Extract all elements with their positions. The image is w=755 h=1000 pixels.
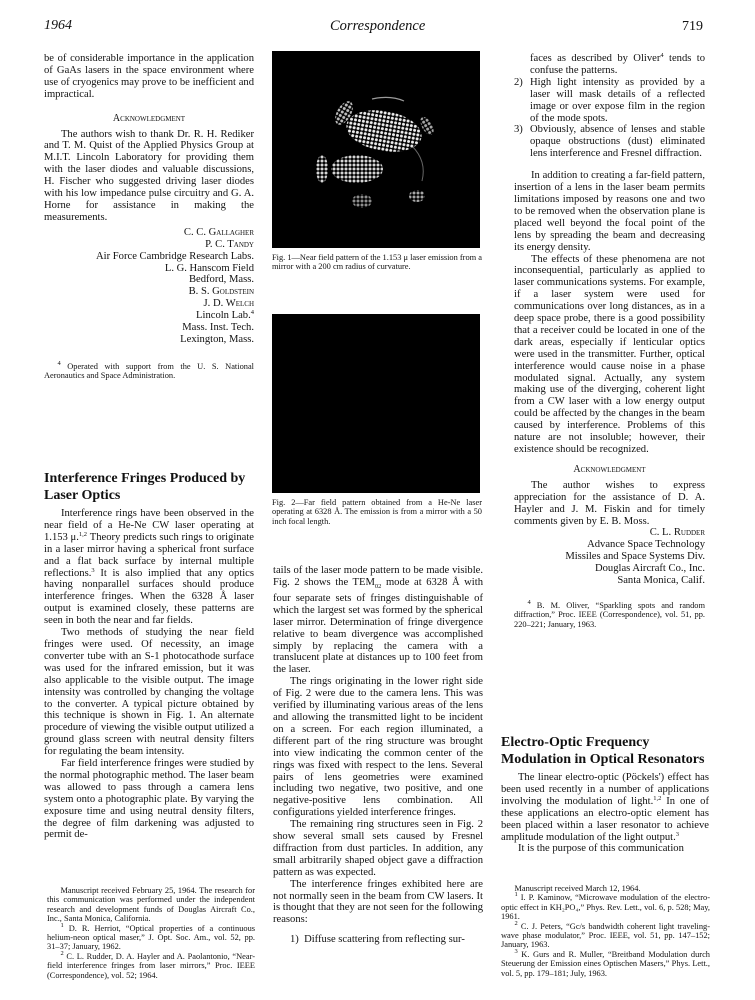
list-item: faces as described by Oliver4 tends to c…: [514, 53, 705, 77]
list-item: 3)Obviously, absence of lenses and stabl…: [514, 124, 705, 160]
paragraph: Interference rings have been observed in…: [44, 508, 254, 627]
author-name: C. C. Gallagher: [44, 227, 254, 239]
right-column: faces as described by Oliver4 tends to c…: [514, 53, 705, 629]
reasons-list: faces as described by Oliver4 tends to c…: [514, 53, 705, 160]
author-name: C. L. Rudder: [514, 527, 705, 539]
paragraph: The rings originating in the lower right…: [273, 676, 483, 819]
affiliation: Lexington, Mass.: [44, 334, 254, 346]
paragraph: Two methods of studying the near field f…: [44, 627, 254, 758]
author-name: B. S. Goldstein: [44, 286, 254, 298]
paragraph: It is the purpose of this communication: [501, 843, 709, 855]
signature-block: C. C. Gallagher P. C. Tandy Air Force Ca…: [44, 227, 254, 346]
figure-2-far-field-image: [272, 314, 480, 493]
header-section: Correspondence: [330, 18, 425, 35]
article-title: Electro-Optic Frequency Modulation in Op…: [501, 734, 709, 768]
near-field-pattern-graphic: [272, 51, 480, 248]
ack-heading: Acknowledgment: [514, 464, 705, 476]
paragraph: The effects of these phenomena are not i…: [514, 254, 705, 456]
footnote: 2 C. L. Rudder, D. A. Hayler and A. Paol…: [47, 952, 255, 980]
footnote: 2 C. J. Peters, “Gc/s bandwidth coherent…: [501, 922, 710, 950]
affiliation: Santa Monica, Calif.: [514, 575, 705, 587]
footnote: 4 Operated with support from the U. S. N…: [44, 362, 254, 381]
footnote: 3 K. Gurs and R. Muller, “Breitband Modu…: [501, 950, 710, 978]
signature-block: C. L. Rudder Advance Space Technology Mi…: [514, 527, 705, 587]
paragraph: The linear electro-optic (Pöckels') effe…: [501, 772, 709, 843]
author-name: J. D. Welch: [44, 298, 254, 310]
affiliation: Douglas Aircraft Co., Inc.: [514, 563, 705, 575]
affiliation: L. G. Hanscom Field: [44, 263, 254, 275]
footnotes-fringes: Manuscript received February 25, 1964. T…: [47, 886, 255, 980]
affiliation: Mass. Inst. Tech.: [44, 322, 254, 334]
footnotes-electro-optic: Manuscript received March 12, 1964. 1 I.…: [501, 884, 710, 978]
article-interference-fringes: Interference Fringes Produced by Laser O…: [44, 470, 254, 841]
middle-column: tails of the laser mode pattern to be ma…: [273, 565, 483, 946]
footnote: 1 D. R. Herriot, “Optical properties of …: [47, 924, 255, 952]
affiliation: Air Force Cambridge Research Labs.: [44, 251, 254, 263]
figure-1-caption: Fig. 1—Near field pattern of the 1.153 μ…: [272, 253, 482, 272]
footnote: 4 B. M. Oliver, “Sparkling spots and ran…: [514, 601, 705, 629]
paragraph: The interference fringes exhibited here …: [273, 879, 483, 927]
affiliation: Missiles and Space Systems Div.: [514, 551, 705, 563]
figure-1-near-field-image: [272, 51, 480, 248]
author-name: P. C. Tandy: [44, 239, 254, 251]
paragraph: In addition to creating a far-field patt…: [514, 170, 705, 253]
continuation-text: be of considerable importance in the app…: [44, 53, 254, 101]
article-title: Interference Fringes Produced by Laser O…: [44, 470, 254, 504]
footnote: Manuscript received March 12, 1964.: [501, 884, 710, 893]
header-year: 1964: [44, 18, 72, 34]
ack-text: The authors wish to thank Dr. R. H. Redi…: [44, 129, 254, 224]
ack-text: The author wishes to express appreciatio…: [514, 480, 705, 528]
affiliation: Bedford, Mass.: [44, 274, 254, 286]
list-item: 2)High light intensity as provided by a …: [514, 77, 705, 125]
page-number: 719: [682, 19, 703, 35]
affiliation: Lincoln Lab.4: [44, 310, 254, 322]
article-electro-optic: Electro-Optic Frequency Modulation in Op…: [501, 734, 709, 855]
affiliation: Advance Space Technology: [514, 539, 705, 551]
list-item: 1) Diffuse scattering from reflecting su…: [273, 934, 483, 946]
left-column: be of considerable importance in the app…: [44, 53, 254, 381]
paragraph: The remaining ring structures seen in Fi…: [273, 819, 483, 879]
footnote: Manuscript received February 25, 1964. T…: [47, 886, 255, 924]
paragraph: tails of the laser mode pattern to be ma…: [273, 565, 483, 676]
ack-heading: Acknowledgment: [44, 113, 254, 125]
paragraph: Far field interference fringes were stud…: [44, 758, 254, 841]
footnote: 1 I. P. Kaminow, “Microwave modulation o…: [501, 893, 710, 921]
figure-2-caption: Fig. 2—Far field pattern obtained from a…: [272, 498, 482, 526]
